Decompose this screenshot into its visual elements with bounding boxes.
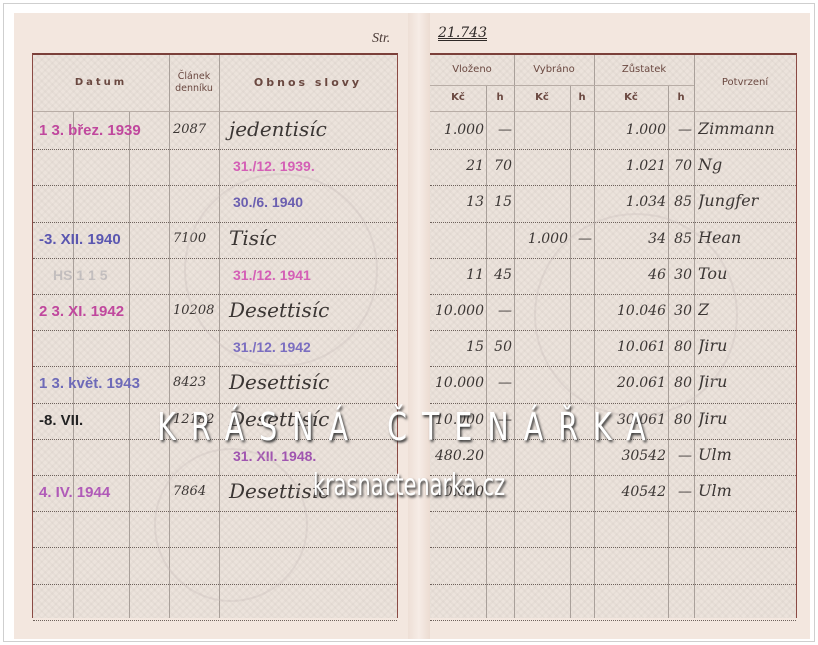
deposit-amount-kc: 15: [432, 339, 484, 355]
deposit-amount-h: 70: [488, 158, 512, 174]
header-vybrano: Vybráno: [514, 55, 594, 85]
table-row: [430, 584, 796, 620]
header-zustatek-kc: Kč: [594, 85, 668, 111]
balance-h: —: [670, 122, 692, 138]
confirmation-signature: Hean: [698, 228, 794, 247]
deposit-amount-kc: 11: [432, 267, 484, 283]
deposit-amount-kc: 480.20: [432, 448, 484, 464]
header-zustatek-h: h: [668, 85, 694, 111]
balance-kc: 1.000: [596, 122, 666, 138]
deposit-amount-h: —: [488, 303, 512, 319]
balance-kc: 1.021: [596, 158, 666, 174]
faded-date-stamp: HS 1 1 5: [53, 267, 107, 283]
balance-kc: 30542: [596, 448, 666, 464]
header-potvrzeni: Potvrzení: [694, 55, 796, 111]
date-stamp: 1 3. břez. 1939: [39, 122, 141, 139]
header-zustatek: Zůstatek: [594, 55, 694, 85]
amount-in-words: jedentisíc: [229, 117, 327, 141]
confirmation-signature: Zimmann: [698, 119, 794, 138]
journal-entry-number: 2087: [173, 122, 206, 137]
balance-h: 70: [670, 158, 692, 174]
date-stamp: -3. XII. 1940: [39, 231, 121, 248]
row-divider: [33, 620, 397, 621]
watermark-title: KRÁSNÁ ČTENÁŘKA: [102, 405, 716, 449]
deposit-amount-h: 15: [488, 194, 512, 210]
table-row: 1.000—1.000—Zimmann: [430, 113, 796, 149]
table-row: [430, 547, 796, 583]
deposit-amount-kc: 10.000: [432, 303, 484, 319]
deposit-amount-kc: 13: [432, 194, 484, 210]
embossed-seal-faint: [184, 173, 378, 367]
savings-book-spread: Str. Datum Článek denníku Obnos slovy 1 …: [14, 13, 810, 639]
watermark-url: krasnactenarka.cz: [123, 468, 696, 503]
header-datum: Datum: [33, 55, 169, 111]
page-label: Str.: [372, 31, 390, 47]
deposit-amount-kc: 21: [432, 158, 484, 174]
header-clanek-denniku: Článek denníku: [169, 55, 219, 111]
image-frame: Str. Datum Článek denníku Obnos slovy 1 …: [3, 3, 815, 642]
page-number: 21.743: [438, 25, 487, 41]
book-gutter: [408, 13, 430, 639]
deposit-amount-h: 50: [488, 339, 512, 355]
header-obnos-slovy: Obnos slovy: [219, 55, 397, 111]
balance-h: 85: [670, 194, 692, 210]
date-stamp: 1 3. květ. 1943: [39, 375, 140, 392]
balance-h: —: [670, 448, 692, 464]
confirmation-signature: Jungfer: [698, 191, 794, 210]
header-vybrano-h: h: [570, 85, 594, 111]
table-row: 1 3. břez. 19392087jedentisíc: [33, 113, 397, 149]
deposit-amount-h: 45: [488, 267, 512, 283]
date-stamp: -8. VII.: [39, 412, 83, 429]
header-vlozeno-kc: Kč: [430, 85, 486, 111]
row-divider: [430, 620, 796, 621]
header-vlozeno-h: h: [486, 85, 514, 111]
table-row: 21701.02170Ng: [430, 149, 796, 185]
interest-date-stamp: 31./12. 1939.: [233, 158, 315, 174]
confirmation-signature: Ulm: [698, 481, 794, 500]
date-stamp: 4. IV. 1944: [39, 484, 110, 501]
date-stamp: 2 3. XI. 1942: [39, 303, 124, 320]
deposit-amount-kc: 10.000: [432, 375, 484, 391]
confirmation-signature: Ng: [698, 155, 794, 174]
deposit-amount-kc: 1.000: [432, 122, 484, 138]
embossed-seal-faint-right: [534, 213, 738, 417]
balance-kc: 1.034: [596, 194, 666, 210]
amount-in-words: Desettisíc: [229, 370, 329, 394]
table-row: [430, 511, 796, 547]
journal-entry-number: 8423: [173, 375, 206, 390]
header-vlozeno: Vloženo: [430, 55, 514, 85]
header-vybrano-kc: Kč: [514, 85, 570, 111]
deposit-amount-h: —: [488, 122, 512, 138]
withdrawal-amount-kc: 1.000: [516, 231, 568, 247]
table-row: 31./12. 1939.: [33, 149, 397, 185]
table-row: 1 3. květ. 19438423Desettisíc: [33, 366, 397, 402]
deposit-amount-h: —: [488, 375, 512, 391]
